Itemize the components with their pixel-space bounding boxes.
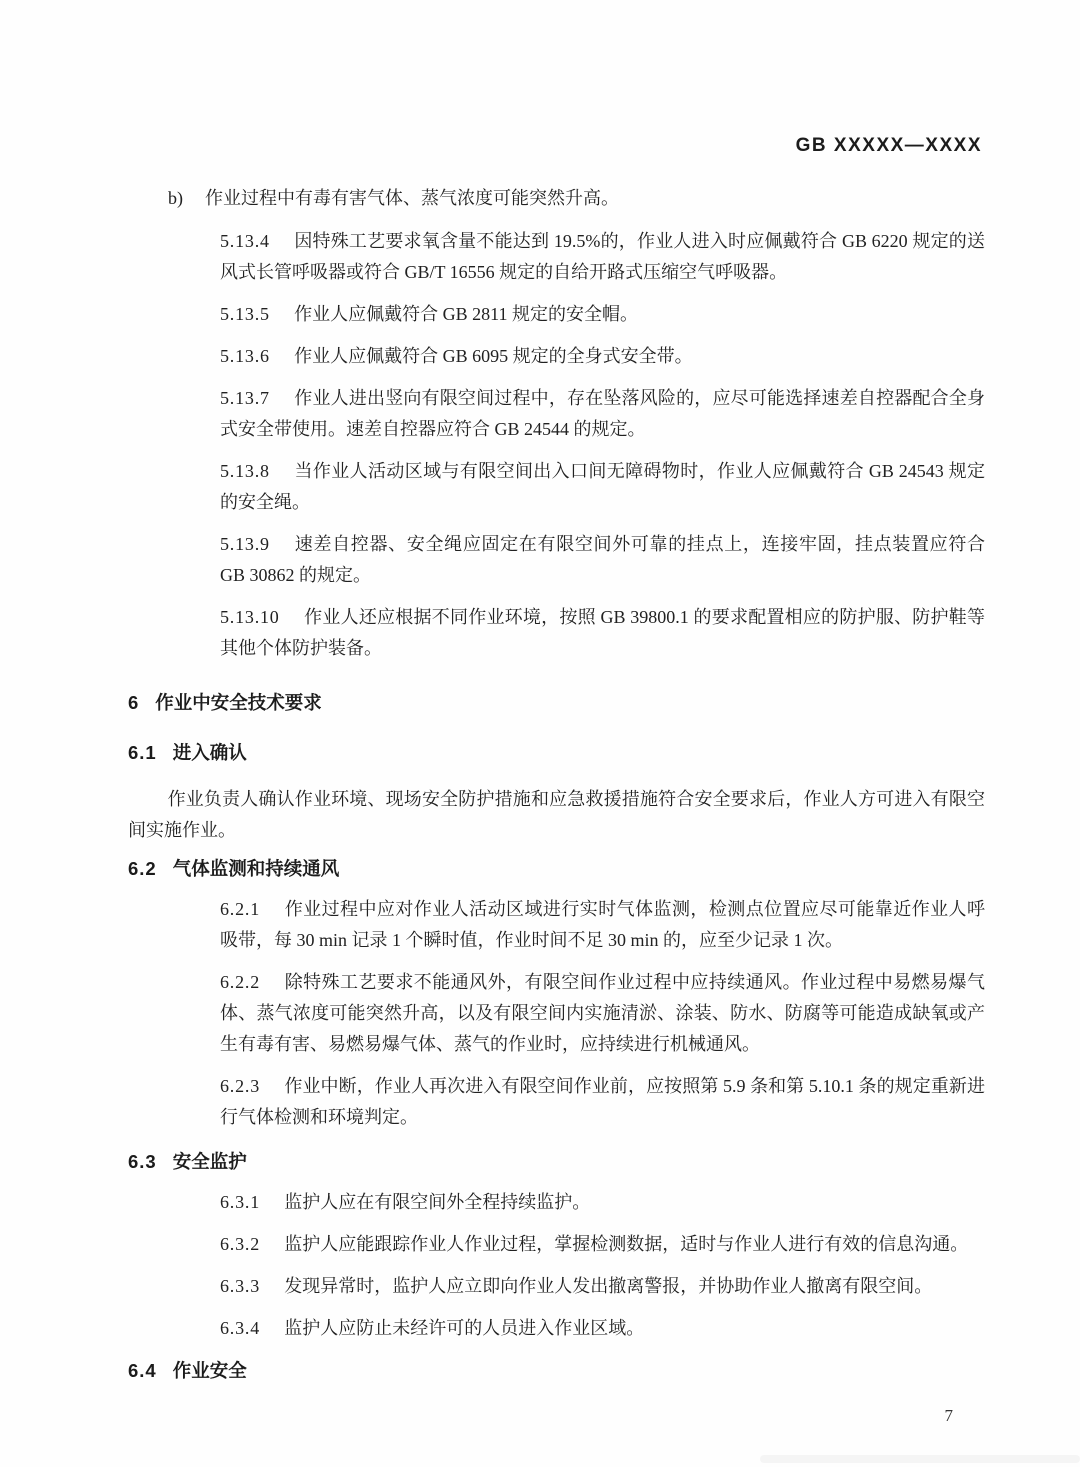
clause-5-13-5-number: 5.13.5 bbox=[220, 304, 270, 324]
clause-6-2-3: 6.2.3作业中断，作业人再次进入有限空间作业前，应按照第 5.9 条和第 5.… bbox=[220, 1071, 985, 1133]
list-item-b-text: 作业过程中有毒有害气体、蒸气浓度可能突然升高。 bbox=[205, 188, 619, 208]
document-body: b)作业过程中有毒有害气体、蒸气浓度可能突然升高。 5.13.4因特殊工艺要求氧… bbox=[0, 183, 1080, 1384]
clause-6-3-1: 6.3.1监护人应在有限空间外全程持续监护。 bbox=[220, 1187, 985, 1218]
section-heading-6-4: 6.4作业安全 bbox=[128, 1358, 985, 1384]
section-6-1-number: 6.1 bbox=[128, 742, 157, 763]
clause-5-13-7-text: 作业人进出竖向有限空间过程中，存在坠落风险的，应尽可能选择速差自控器配合全身式安… bbox=[220, 388, 985, 439]
section-6-3-title: 安全监护 bbox=[173, 1151, 247, 1172]
clause-5-13-10: 5.13.10作业人还应根据不同作业环境，按照 GB 39800.1 的要求配置… bbox=[220, 602, 985, 664]
clause-5-13-4: 5.13.4因特殊工艺要求氧含量不能达到 19.5%的，作业人进入时应佩戴符合 … bbox=[220, 226, 985, 288]
clause-6-2-2-text: 除特殊工艺要求不能通风外，有限空间作业过程中应持续通风。作业过程中易燃易爆气体、… bbox=[220, 972, 985, 1054]
paragraph-6-1: 作业负责人确认作业环境、现场安全防护措施和应急救援措施符合安全要求后，作业人方可… bbox=[128, 784, 985, 846]
section-heading-6: 6作业中安全技术要求 bbox=[128, 690, 985, 716]
clause-5-13-4-number: 5.13.4 bbox=[220, 231, 270, 251]
clause-6-3-2-number: 6.3.2 bbox=[220, 1234, 260, 1254]
page-header: GB XXXXX—XXXX bbox=[0, 0, 1080, 161]
list-item-b: b)作业过程中有毒有害气体、蒸气浓度可能突然升高。 bbox=[168, 183, 985, 214]
clause-5-13-9: 5.13.9速差自控器、安全绳应固定在有限空间外可靠的挂点上，连接牢固，挂点装置… bbox=[220, 529, 985, 591]
clause-5-13-8-number: 5.13.8 bbox=[220, 461, 270, 481]
clause-5-13-6: 5.13.6作业人应佩戴符合 GB 6095 规定的全身式安全带。 bbox=[220, 341, 985, 372]
clause-5-13-10-number: 5.13.10 bbox=[220, 607, 280, 627]
clause-5-13-10-text: 作业人还应根据不同作业环境，按照 GB 39800.1 的要求配置相应的防护服、… bbox=[220, 607, 985, 658]
clause-6-3-1-text: 监护人应在有限空间外全程持续监护。 bbox=[284, 1192, 590, 1212]
section-6-2-number: 6.2 bbox=[128, 858, 157, 879]
clause-6-2-2: 6.2.2除特殊工艺要求不能通风外，有限空间作业过程中应持续通风。作业过程中易燃… bbox=[220, 967, 985, 1060]
clause-6-2-3-text: 作业中断，作业人再次进入有限空间作业前，应按照第 5.9 条和第 5.10.1 … bbox=[220, 1076, 985, 1127]
section-heading-6-3: 6.3安全监护 bbox=[128, 1149, 985, 1175]
clause-6-2-1: 6.2.1作业过程中应对作业人活动区域进行实时气体监测，检测点位置应尽可能靠近作… bbox=[220, 894, 985, 956]
clause-6-3-3-number: 6.3.3 bbox=[220, 1276, 260, 1296]
clause-5-13-4-text: 因特殊工艺要求氧含量不能达到 19.5%的，作业人进入时应佩戴符合 GB 622… bbox=[220, 231, 985, 282]
clause-5-13-7: 5.13.7作业人进出竖向有限空间过程中，存在坠落风险的，应尽可能选择速差自控器… bbox=[220, 383, 985, 445]
section-6-number: 6 bbox=[128, 692, 139, 713]
clause-5-13-5: 5.13.5作业人应佩戴符合 GB 2811 规定的安全帽。 bbox=[220, 299, 985, 330]
standard-code-label: GB XXXXX—XXXX bbox=[796, 135, 982, 156]
document-page: GB XXXXX—XXXX b)作业过程中有毒有害气体、蒸气浓度可能突然升高。 … bbox=[0, 0, 1080, 1467]
clause-5-13-9-text: 速差自控器、安全绳应固定在有限空间外可靠的挂点上，连接牢固，挂点装置应符合 GB… bbox=[220, 534, 985, 585]
clause-6-3-4: 6.3.4监护人应防止未经许可的人员进入作业区域。 bbox=[220, 1313, 985, 1344]
clause-5-13-8: 5.13.8当作业人活动区域与有限空间出入口间无障碍物时，作业人应佩戴符合 GB… bbox=[220, 456, 985, 518]
section-heading-6-2: 6.2气体监测和持续通风 bbox=[128, 856, 985, 882]
clause-5-13-9-number: 5.13.9 bbox=[220, 534, 270, 554]
clause-6-2-3-number: 6.2.3 bbox=[220, 1076, 260, 1096]
clause-6-2-2-number: 6.2.2 bbox=[220, 972, 260, 992]
clause-5-13-8-text: 当作业人活动区域与有限空间出入口间无障碍物时，作业人应佩戴符合 GB 24543… bbox=[220, 461, 985, 512]
section-6-4-number: 6.4 bbox=[128, 1360, 157, 1381]
list-item-b-label: b) bbox=[168, 183, 183, 214]
clause-6-2-1-text: 作业过程中应对作业人活动区域进行实时气体监测，检测点位置应尽可能靠近作业人呼吸带… bbox=[220, 899, 985, 950]
section-6-4-title: 作业安全 bbox=[173, 1360, 247, 1381]
clause-6-3-1-number: 6.3.1 bbox=[220, 1192, 260, 1212]
clause-6-3-4-text: 监护人应防止未经许可的人员进入作业区域。 bbox=[284, 1318, 644, 1338]
clause-6-2-1-number: 6.2.1 bbox=[220, 899, 260, 919]
scan-artifact bbox=[760, 1455, 1080, 1463]
section-6-title: 作业中安全技术要求 bbox=[155, 692, 322, 713]
section-6-3-number: 6.3 bbox=[128, 1151, 157, 1172]
clause-5-13-6-text: 作业人应佩戴符合 GB 6095 规定的全身式安全带。 bbox=[294, 346, 693, 366]
clause-6-3-2: 6.3.2监护人应能跟踪作业人作业过程，掌握检测数据，适时与作业人进行有效的信息… bbox=[220, 1229, 985, 1260]
clause-5-13-5-text: 作业人应佩戴符合 GB 2811 规定的安全帽。 bbox=[294, 304, 638, 324]
clause-6-3-3-text: 发现异常时，监护人应立即向作业人发出撤离警报，并协助作业人撤离有限空间。 bbox=[284, 1276, 932, 1296]
section-6-2-title: 气体监测和持续通风 bbox=[173, 858, 340, 879]
clause-5-13-6-number: 5.13.6 bbox=[220, 346, 270, 366]
section-6-1-title: 进入确认 bbox=[173, 742, 247, 763]
clause-6-3-4-number: 6.3.4 bbox=[220, 1318, 260, 1338]
clause-6-3-2-text: 监护人应能跟踪作业人作业过程，掌握检测数据，适时与作业人进行有效的信息沟通。 bbox=[284, 1234, 968, 1254]
section-heading-6-1: 6.1进入确认 bbox=[128, 740, 985, 766]
clause-6-3-3: 6.3.3发现异常时，监护人应立即向作业人发出撤离警报，并协助作业人撤离有限空间… bbox=[220, 1271, 985, 1302]
page-number: 7 bbox=[945, 1400, 954, 1431]
clause-5-13-7-number: 5.13.7 bbox=[220, 388, 270, 408]
